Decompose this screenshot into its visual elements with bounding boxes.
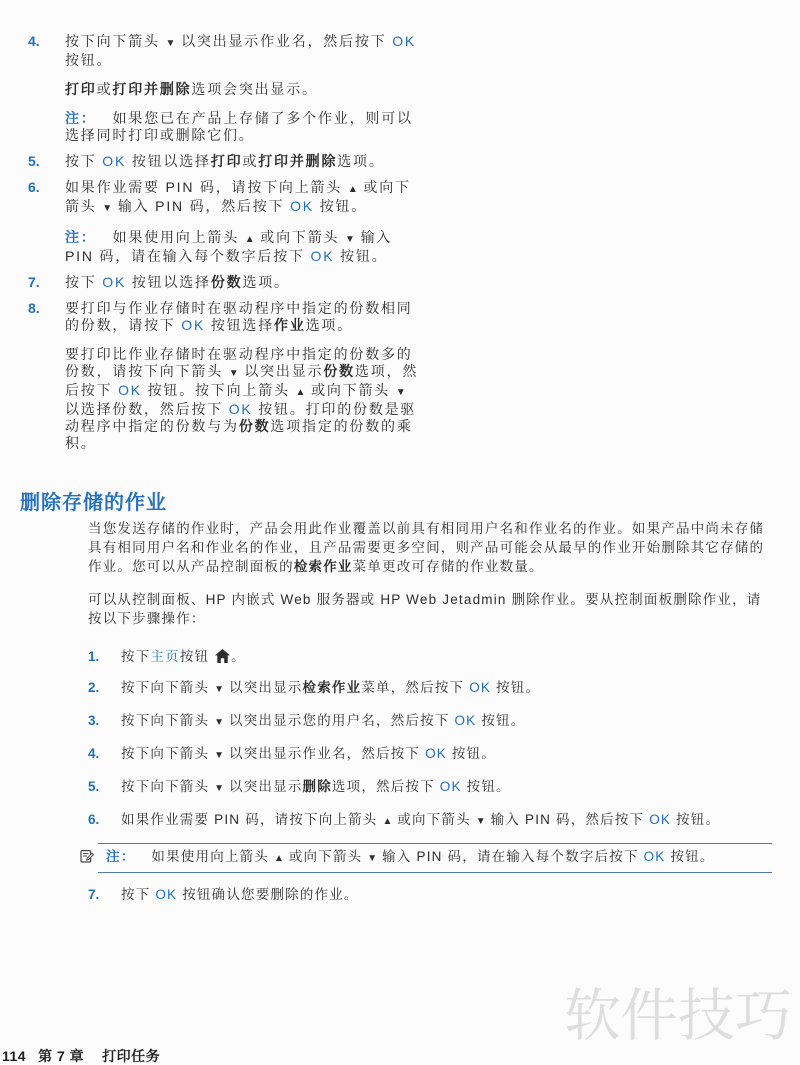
text-run: 选项。: [242, 274, 289, 290]
manual-page: 4.按下向下箭头 ▼ 以突出显示作业名，然后按下 OK 按钮。打印或打印并删除选…: [0, 0, 800, 1065]
text-run: 选项，然后按下: [332, 779, 440, 794]
text-run: 可以从控制面板、HP 内嵌式 Web 服务器或 HP Web Jetadmin …: [88, 592, 761, 626]
keycap-text: OK: [644, 849, 666, 864]
arrow-icon: ▼: [476, 816, 486, 827]
step-number: 4.: [28, 33, 65, 144]
text-run: 以选择份数，然后按下: [65, 401, 229, 417]
text-run: 以突出显示: [224, 779, 302, 794]
note-label: 注：: [65, 110, 97, 126]
text-run: 。: [231, 649, 246, 664]
keycap-text: OK: [425, 746, 447, 761]
footer-chapter: 第 7 章: [38, 1048, 84, 1064]
keycap-text: OK: [311, 248, 335, 264]
text-run: 以突出显示: [239, 363, 324, 379]
arrow-icon: ▼: [214, 684, 224, 695]
text-run: 按钮。: [334, 248, 387, 264]
paragraph: 当您发送存储的作业时，产品会用此作业覆盖以前具有相同用户名和作业名的作业。如果产…: [88, 519, 772, 576]
page-footer: 114第 7 章打印任务: [2, 1046, 160, 1065]
text-run: 菜单，然后按下: [361, 680, 469, 695]
text-run: 以突出显示: [224, 680, 302, 695]
text-run: 按钮。: [476, 713, 525, 728]
section-heading: 删除存储的作业: [20, 486, 167, 515]
keycap-text: OK: [181, 317, 205, 333]
text-run: 或: [242, 153, 258, 169]
step-body: 按下 OK 按钮确认您要删除的作业。: [121, 885, 772, 904]
step-number: 5.: [28, 153, 65, 170]
bold-text: 作业: [274, 317, 306, 333]
note-paragraph: 注：如果使用向上箭头 ▲ 或向下箭头 ▼ 输入 PIN 码，请在输入每个数字后按…: [65, 229, 422, 265]
text-run: 或向下箭头: [255, 229, 345, 245]
note-label: 注：: [106, 849, 135, 864]
keycap-text: OK: [102, 274, 126, 290]
step-body: 按下 OK 按钮以选择份数选项。: [65, 274, 422, 291]
upper-steps-list: 4.按下向下箭头 ▼ 以突出显示作业名，然后按下 OK 按钮。打印或打印并删除选…: [28, 33, 422, 461]
text-run: 菜单更改可存储的作业数量。: [353, 559, 544, 574]
text-run: 或向下箭头: [284, 849, 367, 864]
paragraph: 如果作业需要 PIN 码，请按下向上箭头 ▲ 或向下箭头 ▼ 输入 PIN 码，…: [65, 179, 422, 217]
section-intro: 当您发送存储的作业时，产品会用此作业覆盖以前具有相同用户名和作业名的作业。如果产…: [88, 519, 772, 628]
home-icon: [214, 649, 231, 664]
keycap-text: OK: [440, 779, 462, 794]
text-run: 按下向下箭头: [65, 33, 166, 49]
keycap-text: OK: [290, 198, 314, 214]
arrow-icon: ▲: [348, 184, 358, 195]
keycap-text: OK: [229, 401, 253, 417]
text-run: 按钮。: [65, 52, 112, 68]
list-item: 2.按下向下箭头 ▼ 以突出显示检索作业菜单，然后按下 OK 按钮。: [88, 678, 772, 699]
section-body: 当您发送存储的作业时，产品会用此作业覆盖以前具有相同用户名和作业名的作业。如果产…: [88, 519, 772, 916]
arrow-icon: ▼: [166, 38, 176, 49]
bold-text: 份数: [323, 363, 355, 379]
step-body: 按下 OK 按钮以选择打印或打印并删除选项。: [65, 153, 422, 170]
step-body: 按下向下箭头 ▼ 以突出显示作业名，然后按下 OK 按钮。打印或打印并删除选项会…: [65, 33, 422, 144]
keycap-text: 主页: [150, 649, 179, 664]
arrow-icon: ▼: [214, 750, 224, 761]
step-number: 6.: [88, 810, 121, 831]
keycap-text: OK: [454, 713, 476, 728]
bold-text: 打印并删除: [112, 81, 191, 97]
text-run: 按下向下箭头: [121, 713, 214, 728]
arrow-icon: ▼: [345, 234, 355, 245]
text-run: 按钮以选择: [126, 274, 211, 290]
list-item: 1.按下主页按钮 。: [88, 647, 772, 666]
footer-page-number: 114: [2, 1048, 26, 1064]
text-run: 如果使用向上箭头: [151, 849, 274, 864]
bold-text: 份数: [211, 274, 243, 290]
step-body: 要打印与作业存储时在驱动程序中指定的份数相同的份数，请按下 OK 按钮选择作业选…: [65, 300, 422, 452]
list-item: 6.如果作业需要 PIN 码，请按下向上箭头 ▲ 或向下箭头 ▼ 输入 PIN …: [88, 810, 772, 831]
text-run: 如果作业需要 PIN 码，请按下向上箭头: [121, 812, 382, 827]
text-run: 按下: [121, 649, 150, 664]
bold-text: 删除: [303, 779, 332, 794]
text-run: 以突出显示作业名，然后按下: [224, 746, 425, 761]
text-run: 或向下箭头: [305, 382, 395, 398]
note-label: 注：: [65, 229, 97, 245]
bold-text: 打印: [211, 153, 243, 169]
footer-chapter-title: 打印任务: [102, 1048, 160, 1064]
arrow-icon: ▲: [245, 234, 255, 245]
step-body: 如果作业需要 PIN 码，请按下向上箭头 ▲ 或向下箭头 ▼ 输入 PIN 码，…: [121, 810, 772, 831]
arrow-icon: ▲: [382, 816, 392, 827]
keycap-text: OK: [118, 382, 142, 398]
arrow-icon: ▲: [274, 853, 284, 864]
paragraph: 要打印与作业存储时在驱动程序中指定的份数相同的份数，请按下 OK 按钮选择作业选…: [65, 300, 422, 334]
paragraph: 按下向下箭头 ▼ 以突出显示作业名，然后按下 OK 按钮。: [65, 33, 422, 69]
paragraph: 可以从控制面板、HP 内嵌式 Web 服务器或 HP Web Jetadmin …: [88, 590, 772, 628]
arrow-icon: ▼: [229, 368, 239, 379]
text-run: 按下: [121, 887, 155, 902]
text-run: 按钮。: [491, 680, 540, 695]
text-run: 按钮。: [447, 746, 496, 761]
text-run: 按下向下箭头: [121, 779, 214, 794]
step-number: 7.: [88, 885, 121, 904]
arrow-icon: ▼: [214, 783, 224, 794]
bold-text: 检索作业: [294, 559, 353, 574]
text-run: 或向下箭头: [392, 812, 475, 827]
step-number: 6.: [28, 179, 65, 265]
paragraph: 按下 OK 按钮以选择份数选项。: [65, 274, 422, 291]
text-run: 按钮: [180, 649, 214, 664]
text-run: 按钮。: [671, 812, 720, 827]
text-run: 输入 PIN 码，然后按下: [112, 198, 290, 214]
note-paragraph: 注：如果使用向上箭头 ▲ 或向下箭头 ▼ 输入 PIN 码，请在输入每个数字后按…: [98, 843, 772, 873]
watermark: 软件技巧: [564, 970, 792, 1052]
arrow-icon: ▲: [296, 387, 306, 398]
list-item: 5.按下 OK 按钮以选择打印或打印并删除选项。: [28, 153, 422, 170]
step-body: 按下主页按钮 。: [121, 647, 772, 666]
text-run: 选项。: [306, 317, 353, 333]
paragraph: 打印或打印并删除选项会突出显示。: [65, 81, 422, 98]
lower-steps-list: 1.按下主页按钮 。2.按下向下箭头 ▼ 以突出显示检索作业菜单，然后按下 OK…: [88, 647, 772, 904]
step-body: 按下向下箭头 ▼ 以突出显示作业名，然后按下 OK 按钮。: [121, 744, 772, 765]
keycap-text: OK: [102, 153, 126, 169]
keycap-text: OK: [469, 680, 491, 695]
text-run: 如果您已在产品上存储了多个作业，则可以选择同时打印或删除它们。: [65, 110, 413, 143]
text-run: 如果使用向上箭头: [113, 229, 245, 245]
text-run: 按钮。: [314, 198, 367, 214]
list-item: 6.如果作业需要 PIN 码，请按下向上箭头 ▲ 或向下箭头 ▼ 输入 PIN …: [28, 179, 422, 265]
text-run: 按钮。: [462, 779, 511, 794]
paragraph: 要打印比作业存储时在驱动程序中指定的份数多的份数，请按下向下箭头 ▼ 以突出显示…: [65, 346, 422, 452]
text-run: 选项。: [337, 153, 384, 169]
list-item: 4.按下向下箭头 ▼ 以突出显示作业名，然后按下 OK 按钮。: [88, 744, 772, 765]
arrow-icon: ▼: [214, 717, 224, 728]
step-body: 如果作业需要 PIN 码，请按下向上箭头 ▲ 或向下箭头 ▼ 输入 PIN 码，…: [65, 179, 422, 265]
list-item: 4.按下向下箭头 ▼ 以突出显示作业名，然后按下 OK 按钮。打印或打印并删除选…: [28, 33, 422, 144]
text-run: 如果作业需要 PIN 码，请按下向上箭头: [65, 179, 348, 195]
step-number: 4.: [88, 744, 121, 765]
step-body: 按下向下箭头 ▼ 以突出显示检索作业菜单，然后按下 OK 按钮。: [121, 678, 772, 699]
bold-text: 份数: [239, 418, 271, 434]
text-run: 按钮选择: [205, 317, 274, 333]
step-number: 5.: [88, 777, 121, 798]
list-item: 7.按下 OK 按钮确认您要删除的作业。: [88, 885, 772, 904]
text-run: 输入 PIN 码，请在输入每个数字后按下: [377, 849, 643, 864]
list-item: 8.要打印与作业存储时在驱动程序中指定的份数相同的份数，请按下 OK 按钮选择作…: [28, 300, 422, 452]
note-paragraph: 注：如果您已在产品上存储了多个作业，则可以选择同时打印或删除它们。: [65, 110, 422, 144]
text-run: 按钮。按下向上箭头: [142, 382, 296, 398]
text-run: 按下向下箭头: [121, 746, 214, 761]
keycap-text: OK: [649, 812, 671, 827]
step-number: 2.: [88, 678, 121, 699]
arrow-icon: ▼: [367, 853, 377, 864]
note-icon: [80, 847, 98, 866]
arrow-icon: ▼: [396, 387, 406, 398]
step-number: 3.: [88, 711, 121, 732]
text-run: 按下向下箭头: [121, 680, 214, 695]
paragraph: 按下 OK 按钮以选择打印或打印并删除选项。: [65, 153, 422, 170]
list-item: 3.按下向下箭头 ▼ 以突出显示您的用户名，然后按下 OK 按钮。: [88, 711, 772, 732]
step-number: 1.: [88, 647, 121, 666]
keycap-text: OK: [155, 887, 177, 902]
step-body: 按下向下箭头 ▼ 以突出显示您的用户名，然后按下 OK 按钮。: [121, 711, 772, 732]
bold-text: 检索作业: [303, 680, 362, 695]
note-banner: 注：如果使用向上箭头 ▲ 或向下箭头 ▼ 输入 PIN 码，请在输入每个数字后按…: [80, 843, 772, 873]
step-number: 7.: [28, 274, 65, 291]
text-run: 按钮。: [666, 849, 715, 864]
list-item: 5.按下向下箭头 ▼ 以突出显示删除选项，然后按下 OK 按钮。: [88, 777, 772, 798]
text-run: 按钮确认您要删除的作业。: [177, 887, 358, 902]
text-run: 以突出显示您的用户名，然后按下: [224, 713, 454, 728]
text-run: 以突出显示作业名，然后按下: [175, 33, 392, 49]
bold-text: 打印: [65, 81, 97, 97]
arrow-icon: ▼: [102, 203, 112, 214]
text-run: 按下: [65, 153, 102, 169]
text-run: 按下: [65, 274, 102, 290]
text-run: 或: [97, 81, 113, 97]
step-body: 按下向下箭头 ▼ 以突出显示删除选项，然后按下 OK 按钮。: [121, 777, 772, 798]
text-run: 输入 PIN 码，然后按下: [486, 812, 650, 827]
keycap-text: OK: [392, 33, 416, 49]
bold-text: 打印并删除: [258, 153, 337, 169]
step-number: 8.: [28, 300, 65, 452]
text-run: 按钮以选择: [126, 153, 211, 169]
text-run: 选项会突出显示。: [191, 81, 317, 97]
list-item: 7.按下 OK 按钮以选择份数选项。: [28, 274, 422, 291]
